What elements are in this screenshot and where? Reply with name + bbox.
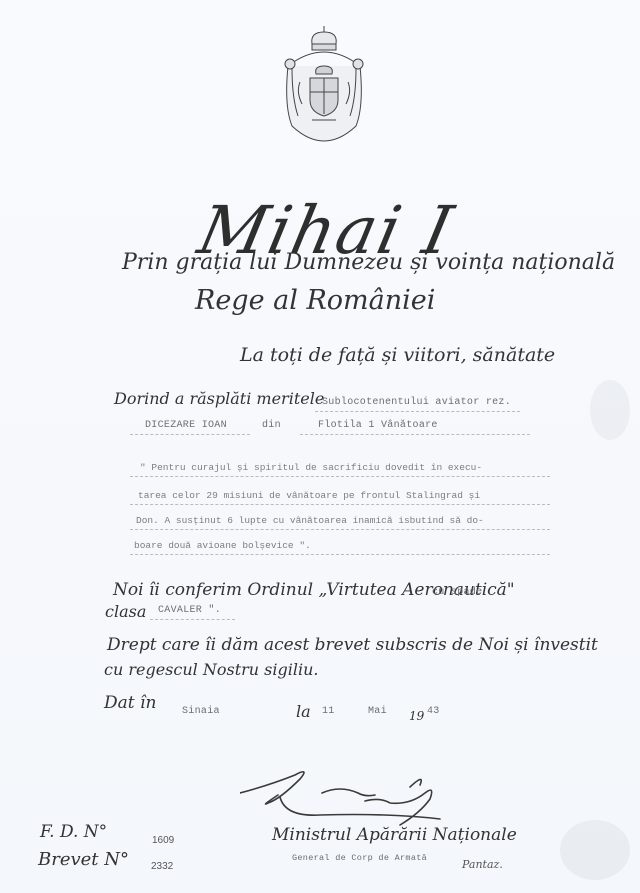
citation-underline (130, 554, 550, 555)
citation-line: " Pentru curajul și spiritul de sacrific… (140, 462, 482, 473)
given-at-label: Dat în (104, 693, 156, 713)
class-underline (150, 619, 235, 620)
name-underline (130, 434, 250, 435)
from-label: din (262, 420, 281, 431)
month-field: Mai (368, 706, 387, 717)
paper-stain (590, 380, 630, 440)
year-prefix: 19 (409, 709, 424, 723)
fdn-label: F. D. N° (40, 822, 107, 842)
heading-line-1: Prin grația lui Dumnezeu și voința națio… (122, 250, 615, 275)
class-label: clasa (105, 602, 146, 621)
day-field: 11 (322, 706, 335, 717)
coat-of-arms-icon (282, 22, 366, 154)
rank-field: Sublocotenentului aviator rez. (322, 397, 511, 408)
date-label: la (296, 702, 311, 721)
brevet-number: 2332 (151, 861, 173, 872)
year-suffix: 43 (427, 706, 440, 717)
award-intro: Dorind a răsplăti meritele (114, 389, 324, 408)
citation-line: tarea celor 29 misiuni de vânătoare pe f… (138, 490, 480, 501)
closing-line-1: Drept care îi dăm acest brevet subscris … (107, 635, 598, 655)
recipient-name: DICEZARE IOAN (145, 420, 227, 431)
unit-field: Flotila 1 Vânătoare (318, 420, 438, 431)
citation-line: Don. A susținut 6 lupte cu vânătoarea in… (136, 515, 484, 526)
ministry-title: Ministrul Apărării Naționale (272, 825, 517, 845)
certificate-page: Mihai I Prin grația lui Dumnezeu și voin… (0, 0, 640, 893)
confer-suffix: cu spade (432, 587, 482, 598)
citation-underline (130, 476, 550, 477)
royal-signature-icon (240, 765, 470, 827)
place-field: Sinaia (182, 706, 220, 717)
citation-underline (130, 504, 550, 505)
rank-underline (315, 411, 520, 412)
heading-line-2: Rege al României (195, 285, 435, 316)
citation-line: boare două avioane bolșevice ". (134, 540, 311, 551)
citation-underline (130, 529, 550, 530)
closing-line-2: cu regescul Nostru sigiliu. (104, 660, 318, 679)
fdn-number: 1609 (152, 835, 174, 846)
salutation: La toți de față și viitori, sănătate (240, 344, 555, 366)
minister-initials: Pantaz. (462, 858, 503, 871)
brevet-label: Brevet N° (38, 849, 129, 870)
class-value: CAVALER ". (158, 605, 221, 616)
unit-underline (300, 434, 530, 435)
paper-stain (560, 820, 630, 880)
ministry-rank: General de Corp de Armată (292, 853, 427, 863)
